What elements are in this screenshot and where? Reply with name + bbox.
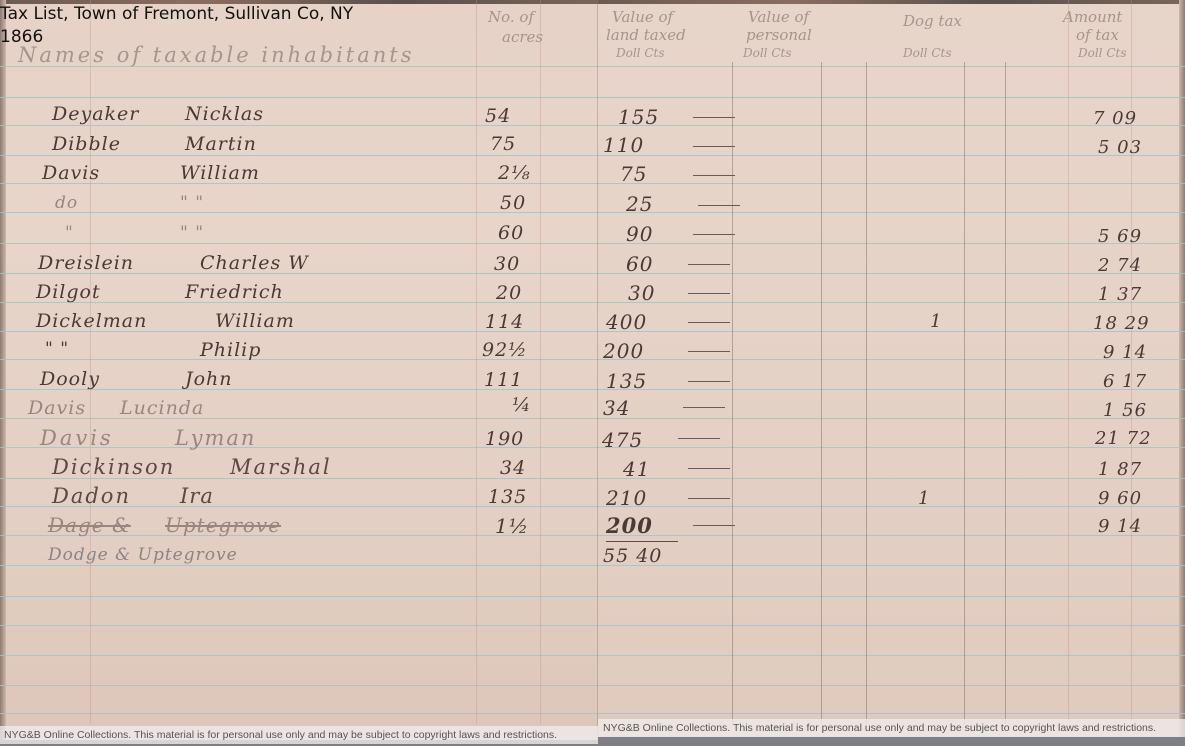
header-personal-value-units: Doll Cts [743,46,792,61]
book-binding-edge [0,0,6,746]
column-line [964,62,965,724]
total-underline [606,541,678,542]
cents-dash [683,407,725,408]
land-value: 200 [603,339,644,363]
land-total: 55 40 [603,545,662,567]
land-value: 34 [603,396,630,420]
tax-amount: 18 29 [1093,313,1150,334]
surname: Dilgot [36,281,101,303]
cents-dash [693,525,735,526]
dog-tax-value: 1 [930,311,942,332]
given-name: William [180,162,260,184]
land-value: 25 [626,192,653,216]
given-name: Friedrich [185,281,284,303]
surname-struck: Dage & [48,513,131,537]
book-outer-edge [1179,0,1185,746]
tax-amount: 6 17 [1103,371,1147,392]
surname: Davis [42,162,100,184]
land-value: 400 [606,310,647,334]
acres: 50 [500,192,526,214]
header-dog-tax: Dog tax [903,14,962,29]
given-name: " " [180,223,204,243]
tax-amount: 9 14 [1103,342,1147,363]
column-line [1005,62,1006,724]
ruled-line [598,66,1185,67]
acres: 190 [485,428,524,450]
acres: 75 [490,133,516,155]
header-land-value-units: Doll Cts [616,46,665,61]
ruled-line [598,212,1185,213]
tax-amount: 1 87 [1098,459,1142,480]
ruled-line [598,418,1185,419]
watermark-bar [598,737,1185,746]
given-name: Marshal [230,455,332,479]
acres: 135 [488,486,527,508]
ruled-line [598,625,1185,626]
ruled-line [598,243,1185,244]
cents-dash [678,438,720,439]
header-acres-line2: acres [502,30,543,45]
tax-amount: 7 09 [1093,108,1137,129]
column-line [540,0,541,724]
acres: 30 [494,253,520,275]
land-value: 90 [626,222,653,246]
land-value: 30 [628,281,655,305]
ruled-line [598,359,1185,360]
given-name: William [215,310,295,332]
header-acres-line1: No. of [488,10,534,25]
land-value: 41 [623,457,650,481]
land-value: 110 [603,133,644,157]
ruled-line [598,155,1185,156]
ruled-line [598,655,1185,656]
ruled-line [598,389,1185,390]
cents-dash [688,381,730,382]
ruled-line [598,713,1185,714]
given-name: Martin [185,133,257,155]
ruled-line [598,478,1185,479]
given-name: Lucinda [120,397,204,419]
land-value: 475 [602,428,643,452]
cents-dash [688,498,730,499]
cents-dash [688,468,730,469]
column-line [476,0,477,724]
surname: Dickinson [52,455,175,479]
tax-amount: 21 72 [1095,428,1152,449]
given-name: Ira [180,484,214,508]
cents-dash [693,175,735,176]
given-name: Nicklas [185,103,264,125]
given-name: " " [180,193,204,213]
surname: Dooly [40,368,100,390]
ruled-line [598,596,1185,597]
header-personal-value-line1: Value of [748,10,809,25]
surname: " " [45,339,69,359]
ruled-line [598,302,1185,303]
header-land-value-line1: Value of [612,10,673,25]
caption-year: 1866 [0,26,353,49]
ledger-right-page: Value of land taxed Doll Cts Value of pe… [598,0,1185,746]
acres: 111 [484,369,523,391]
tax-amount: 1 56 [1103,400,1147,421]
cents-dash [693,234,735,235]
given-name: Charles W [200,252,309,274]
land-value: 200 [606,513,653,538]
cents-dash [688,322,730,323]
surname: Dibble [52,133,121,155]
given-name-struck: Uptegrove [165,513,281,537]
column-line [732,62,733,724]
pencil-correction-note: Dodge & Uptegrove [48,545,238,565]
dog-tax-value: 1 [918,488,930,509]
header-amount-units: Doll Cts [1078,46,1127,61]
acres: 2⅛ [498,162,531,184]
ruled-line [598,535,1185,536]
header-land-value-line2: land taxed [606,28,686,43]
surname: do [55,193,78,213]
acres: 54 [485,105,511,127]
tax-amount: 5 03 [1098,137,1142,158]
tax-amount: 9 60 [1098,488,1142,509]
surname: Deyaker [52,103,139,125]
land-value: 60 [626,252,653,276]
land-value: 155 [618,105,659,129]
surname: Davis [40,426,114,450]
cents-dash [688,264,730,265]
ruled-line [598,685,1185,686]
book-edge [598,0,1185,4]
tax-amount: 5 69 [1098,226,1142,247]
cents-dash [688,293,730,294]
land-value: 75 [620,162,647,186]
copyright-watermark: NYG&B Online Collections. This material … [598,719,1185,737]
land-value: 135 [606,369,647,393]
acres: 1½ [495,514,529,538]
ruled-line [598,183,1185,184]
surname: Dickelman [36,310,147,332]
ruled-line [598,506,1185,507]
cents-dash [693,117,735,118]
header-names: Names of taxable inhabitants [18,48,415,63]
ruled-line [598,273,1185,274]
acres: 34 [500,457,526,479]
surname: Dreislein [38,252,134,274]
ledger-left-page: Names of taxable inhabitants No. of acre… [0,0,598,746]
column-line [821,62,822,724]
tax-amount: 2 74 [1098,255,1142,276]
copyright-watermark: NYG&B Online Collections. This material … [0,726,598,744]
header-personal-value-line2: personal [746,28,812,43]
tax-amount: 1 37 [1098,284,1142,305]
column-line [866,62,867,724]
acres: ¼ [512,394,531,416]
document-caption: Tax List, Town of Fremont, Sullivan Co, … [0,3,353,49]
cents-dash [693,146,735,147]
header-amount-line1: Amount [1063,10,1122,25]
land-value: 210 [606,486,647,510]
acres: 114 [485,311,524,333]
ruled-line [598,97,1185,98]
given-name: John [185,368,233,390]
acres: 92½ [482,339,528,361]
ruled-line [598,565,1185,566]
tax-amount: 9 14 [1098,516,1142,537]
surname: Dadon [52,484,131,508]
acres: 20 [496,282,522,304]
header-amount-line2: of tax [1076,28,1119,43]
surname: " [65,223,74,243]
header-dog-tax-units: Doll Cts [903,46,952,61]
acres: 60 [498,222,524,244]
surname: Davis [28,397,86,419]
cents-dash [688,351,730,352]
given-name: Philip [200,339,261,361]
given-name: Lyman [175,426,256,450]
cents-dash [698,205,740,206]
column-line [1068,0,1069,724]
caption-title: Tax List, Town of Fremont, Sullivan Co, … [0,3,353,26]
